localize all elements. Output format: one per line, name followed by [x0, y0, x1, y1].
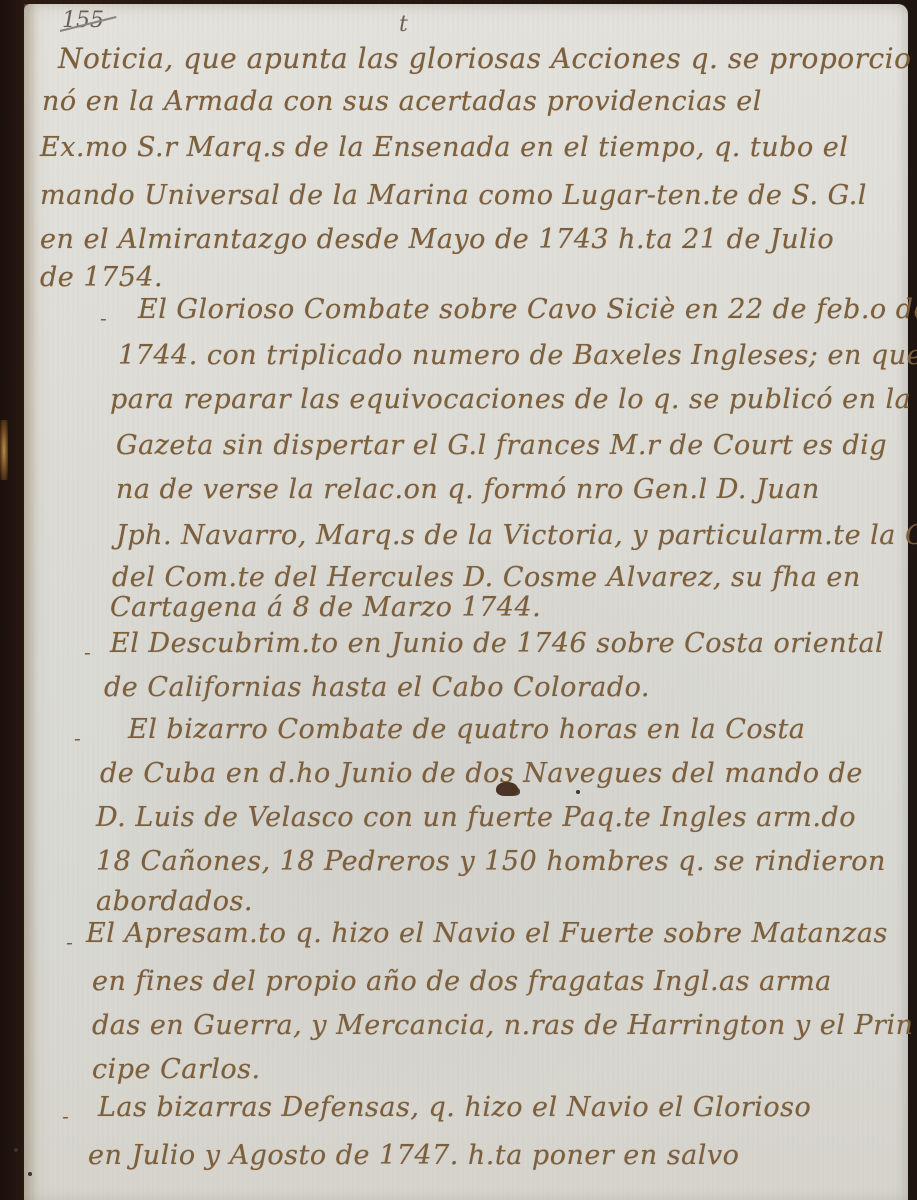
item-line: El Descubrim.to en Junio de 1746 sobre C…	[110, 628, 884, 659]
item-line: El Glorioso Combate sobre Cavo Siciè en …	[138, 294, 917, 325]
item-bullet: -	[66, 930, 73, 954]
heading-line: de 1754.	[40, 262, 163, 293]
top-mark: t	[399, 12, 408, 37]
paper-edge-shadow	[24, 4, 38, 1200]
item-line: de Californias hasta el Cabo Colorado.	[104, 672, 650, 703]
heading-line: mando Universal de la Marina como Lugar-…	[40, 180, 867, 211]
heading-line: nó en la Armada con sus acertadas provid…	[42, 86, 762, 117]
item-line: Cartagena á 8 de Marzo 1744.	[110, 592, 541, 623]
item-bullet: -	[62, 1104, 69, 1128]
item-line: de Cuba en d.ho Junio de dos Navegues de…	[100, 758, 863, 789]
item-line: para reparar las equivocaciones de lo q.…	[110, 384, 911, 415]
item-bullet: -	[84, 640, 91, 664]
item-line: en fines del propio año de dos fragatas …	[92, 966, 832, 997]
item-line: Jph. Navarro, Marq.s de la Victoria, y p…	[116, 520, 917, 551]
heading-line: Noticia, que apunta las gloriosas Accion…	[58, 42, 912, 75]
photo-scene: 155 t Noticia, que apunta las gloriosas …	[0, 0, 917, 1200]
item-line: das en Guerra, y Mercancia, n.ras de Har…	[92, 1010, 914, 1041]
heading-line: en el Almirantazgo desde Mayo de 1743 h.…	[40, 224, 834, 255]
item-line: na de verse la relac.on q. formó nro Gen…	[116, 474, 820, 505]
item-line: cipe Carlos.	[92, 1054, 261, 1085]
ink-blot	[496, 782, 518, 796]
heading-line: Ex.mo S.r Marq.s de la Ensenada en el ti…	[40, 132, 848, 163]
item-line: El bizarro Combate de quatro horas en la…	[128, 714, 805, 745]
ink-speck	[28, 1172, 32, 1176]
item-line: Gazeta sin dispertar el G.l frances M.r …	[116, 430, 887, 461]
item-bullet: -	[100, 306, 107, 330]
ink-speck	[14, 1148, 18, 1152]
item-bullet: -	[74, 726, 81, 750]
item-line: en Julio y Agosto de 1747. h.ta poner en…	[88, 1140, 739, 1171]
wooden-table-edge	[0, 420, 8, 480]
item-line: 18 Cañones, 18 Pedreros y 150 hombres q.…	[96, 846, 886, 877]
item-line: D. Luis de Velasco con un fuerte Paq.te …	[96, 802, 856, 833]
item-line: abordados.	[96, 886, 253, 917]
item-line: 1744. con triplicado numero de Baxeles I…	[118, 340, 917, 371]
item-line: Las bizarras Defensas, q. hizo el Navio …	[98, 1092, 811, 1123]
item-line: del Com.te del Hercules D. Cosme Alvarez…	[112, 562, 861, 593]
item-line: El Apresam.to q. hizo el Navio el Fuerte…	[86, 918, 888, 949]
ink-speck	[576, 790, 580, 794]
